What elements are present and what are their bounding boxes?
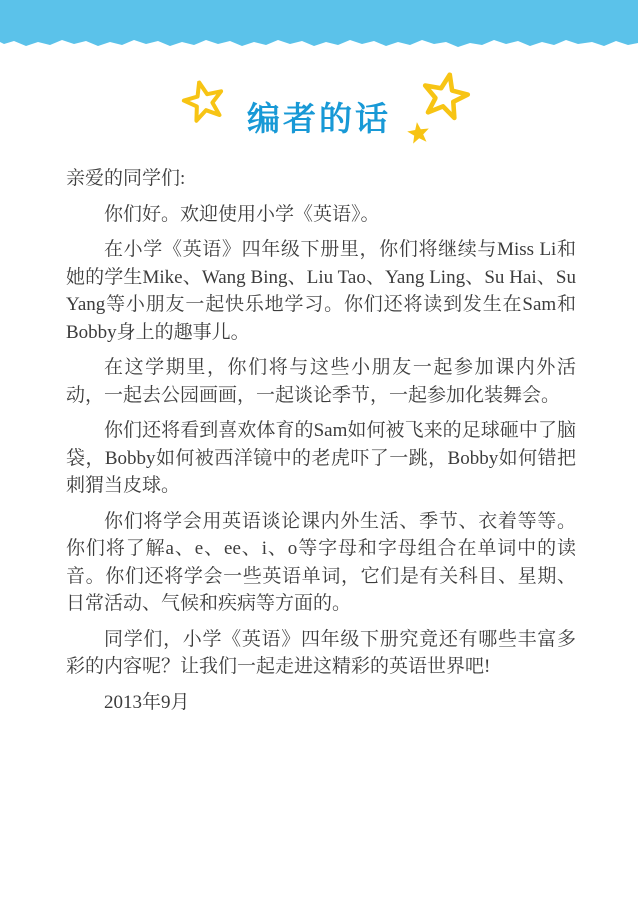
paragraph: 你们还将看到喜欢体育的Sam如何被飞来的足球砸中了脑袋，Bobby如何被西洋镜中… <box>66 417 576 500</box>
paragraph: 你们将学会用英语谈论课内外生活、季节、衣着等等。你们将了解a、e、ee、i、o等… <box>66 508 576 618</box>
salutation: 亲爱的同学们: <box>66 165 576 193</box>
star-outline-right-icon <box>414 67 475 127</box>
paragraph: 在这学期里，你们将与这些小朋友一起参加课内外活动，一起去公园画画，一起谈论季节，… <box>66 354 576 409</box>
date: 2013年9月 <box>66 689 576 717</box>
preface-body: 亲爱的同学们: 你们好。欢迎使用小学《英语》。 在小学《英语》四年级下册里，你们… <box>66 165 576 724</box>
textbook-preface-page: 编者的话 亲爱的同学们: 你们好。欢迎使用小学《英语》。 在小学《英语》四年级下… <box>0 0 638 900</box>
paragraph: 在小学《英语》四年级下册里，你们将继续与Miss Li和她的学生Mike、Wan… <box>66 236 576 346</box>
star-filled-small-icon <box>404 119 432 147</box>
paragraph: 你们好。欢迎使用小学《英语》。 <box>66 201 576 229</box>
page-title: 编者的话 <box>0 93 638 140</box>
page-header: 编者的话 <box>0 0 638 160</box>
paragraph: 同学们，小学《英语》四年级下册究竟还有哪些丰富多彩的内容呢？让我们一起走进这精彩… <box>66 626 576 681</box>
